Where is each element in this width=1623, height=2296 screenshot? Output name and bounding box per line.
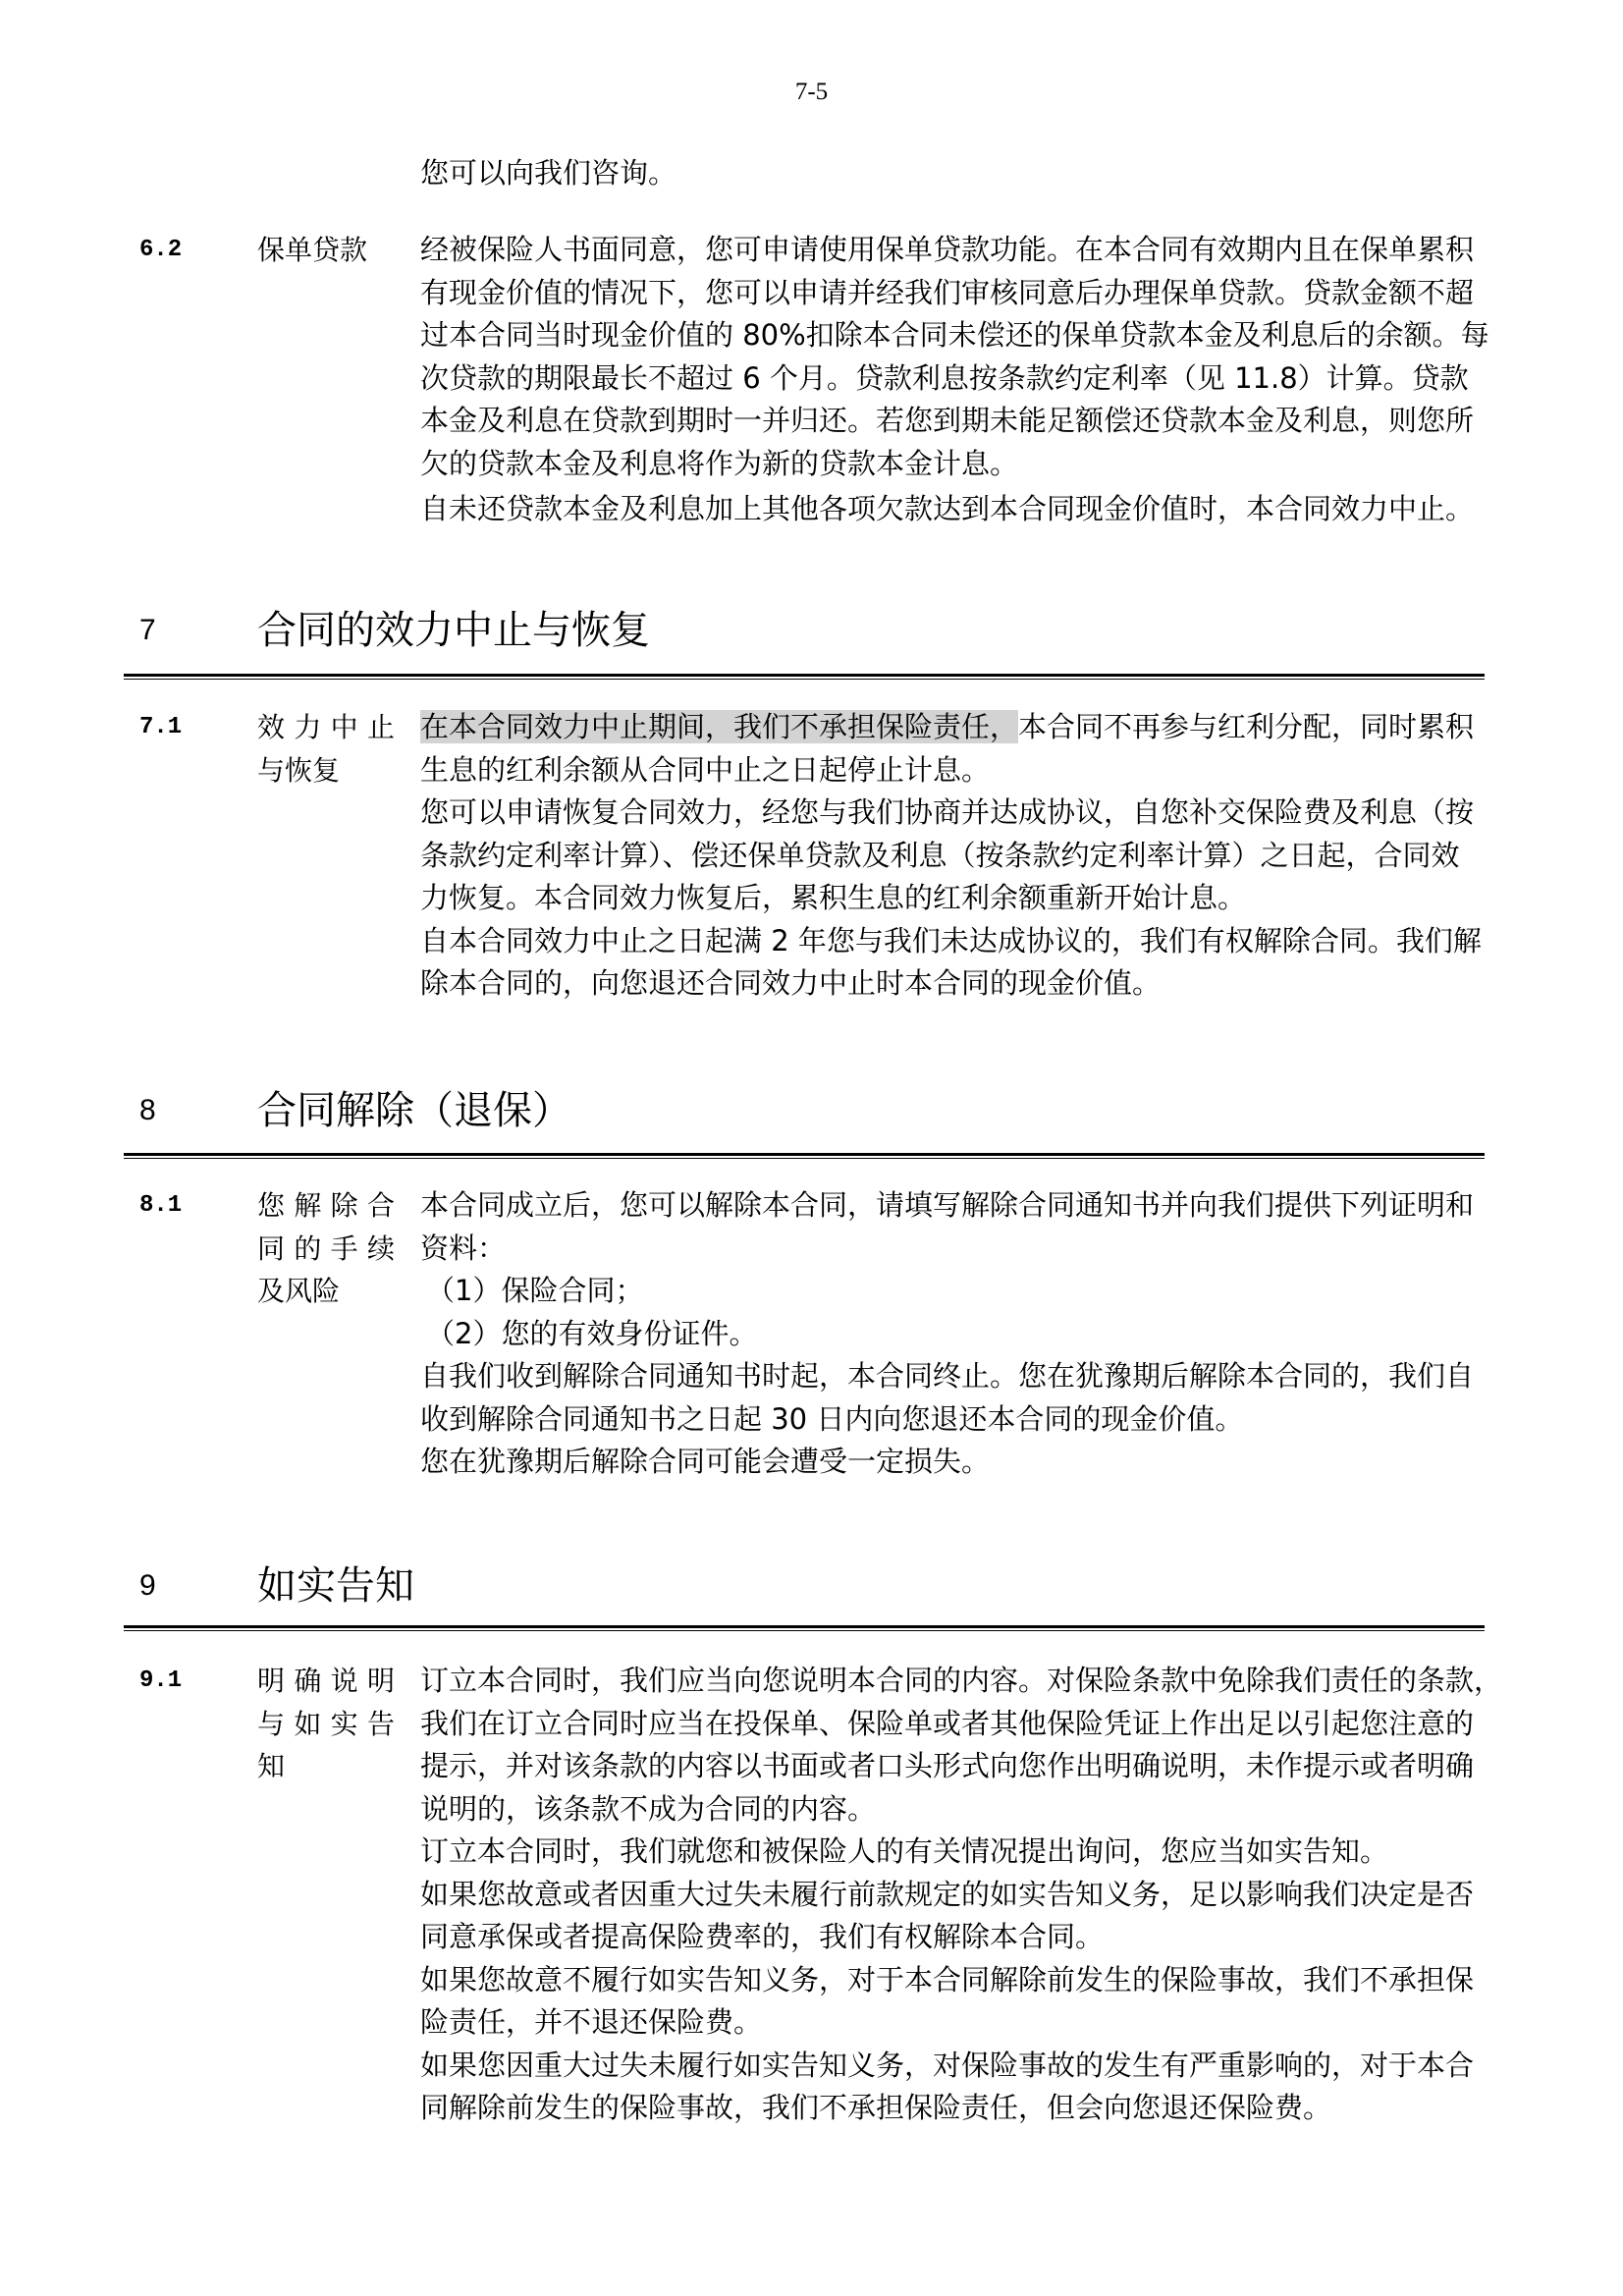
body-line: 除本合同的，向您退还合同效力中止时本合同的现金价值。: [420, 962, 1476, 1006]
section-number: 9: [139, 1561, 156, 1611]
clause-label-line: 明确说明: [257, 1660, 395, 1703]
body-line: 力恢复。本合同效力恢复后，累积生息的红利余额重新开始计息。: [420, 877, 1476, 920]
list-item: （2）您的有效身份证件。: [420, 1313, 1476, 1356]
body-line: 同意承保或者提高保险费率的，我们有权解除本合同。: [420, 1916, 1476, 1959]
section-divider: [124, 1153, 1485, 1156]
clause-label-line: 与如实告: [257, 1703, 395, 1746]
highlighted-text[interactable]: 在本合同效力中止期间，我们不承担保险责任，: [420, 710, 1018, 743]
body-line: 订立本合同时，我们就您和被保险人的有关情况提出询问，您应当如实告知。: [420, 1831, 1476, 1874]
body-line: 您可以申请恢复合同效力，经您与我们协商并达成协议，自您补交保险费及利息（按: [420, 792, 1476, 835]
section-number: 8: [139, 1086, 156, 1135]
section-divider: [124, 674, 1485, 677]
clause-body: 在本合同效力中止期间，我们不承担保险责任，本合同不再参与红利分配，同时累积 生息…: [420, 706, 1476, 1006]
body-line: 资料：: [420, 1228, 1476, 1271]
body-line: 本金及利息在贷款到期时一并归还。若您到期未能足额偿还贷款本金及利息，则您所: [420, 400, 1476, 443]
body-line: 收到解除合同通知书之日起 30 日内向您退还本合同的现金价值。: [420, 1398, 1476, 1442]
section-number: 7: [139, 606, 156, 655]
body-line: 同解除前发生的保险事故，我们不承担保险责任，但会向您退还保险费。: [420, 2087, 1476, 2130]
clause-label-line: 知: [257, 1745, 395, 1788]
clause-body: 您可以向我们咨询。: [420, 152, 1476, 195]
body-line: 生息的红利余额从合同中止之日起停止计息。: [420, 749, 1476, 793]
body-line: 自本合同效力中止之日起满 2 年您与我们未达成协议的，我们有权解除合同。我们解: [420, 920, 1476, 963]
clause-label-line: 同的手续: [257, 1228, 395, 1271]
body-line: 如果您故意不履行如实告知义务，对于本合同解除前发生的保险事故，我们不承担保: [420, 1959, 1476, 2002]
body-line: 欠的贷款本金及利息将作为新的贷款本金计息。: [420, 443, 1476, 486]
clause-body: 本合同成立后，您可以解除本合同，请填写解除合同通知书并向我们提供下列证明和 资料…: [420, 1184, 1476, 1484]
clause-label: 明确说明 与如实告 知: [257, 1660, 395, 1788]
clause-number: 8.1: [139, 1184, 182, 1228]
page-number: 7-5: [0, 79, 1623, 106]
body-line: 说明的，该条款不成为合同的内容。: [420, 1788, 1476, 1831]
body-line: 如果您因重大过失未履行如实告知义务，对保险事故的发生有严重影响的，对于本合: [420, 2045, 1476, 2088]
section-title: 如实告知: [257, 1561, 414, 1611]
body-line: 过本合同当时现金价值的 80%扣除本合同未偿还的保单贷款本金及利息后的余额。每: [420, 314, 1476, 357]
clause-label-line: 您解除合: [257, 1184, 395, 1228]
section-title: 合同解除（退保）: [257, 1086, 571, 1135]
body-line: 提示，并对该条款的内容以书面或者口头形式向您作出明确说明，未作提示或者明确: [420, 1745, 1476, 1788]
body-text: 本合同不再参与红利分配，同时累积: [1018, 710, 1474, 743]
clause-label: 效力中止 与恢复: [257, 706, 395, 792]
body-line: 您在犹豫期后解除合同可能会遭受一定损失。: [420, 1441, 1476, 1484]
body-line: 有现金价值的情况下，您可以申请并经我们审核同意后办理保单贷款。贷款金额不超: [420, 272, 1476, 315]
clause-number: 9.1: [139, 1660, 182, 1703]
body-line: 条款约定利率计算）、偿还保单贷款及利息（按条款约定利率计算）之日起，合同效: [420, 835, 1476, 878]
clause-label-line: 效力中止: [257, 706, 395, 749]
body-line: 您可以向我们咨询。: [420, 152, 1476, 195]
body-line: 自未还贷款本金及利息加上其他各项欠款达到本合同现金价值时，本合同效力中止。: [420, 488, 1476, 531]
body-line: 如果您故意或者因重大过失未履行前款规定的如实告知义务，足以影响我们决定是否: [420, 1874, 1476, 1917]
body-line: 自我们收到解除合同通知书时起，本合同终止。您在犹豫期后解除本合同的，我们自: [420, 1355, 1476, 1398]
body-line: 订立本合同时，我们应当向您说明本合同的内容。对保险条款中免除我们责任的条款，: [420, 1660, 1476, 1703]
section-title: 合同的效力中止与恢复: [257, 606, 650, 655]
clause-label: 保单贷款: [257, 229, 395, 272]
clause-number: 6.2: [139, 229, 182, 272]
body-line: 我们在订立合同时应当在投保单、保险单或者其他保险凭证上作出足以引起您注意的: [420, 1703, 1476, 1746]
body-line: 本合同成立后，您可以解除本合同，请填写解除合同通知书并向我们提供下列证明和: [420, 1184, 1476, 1228]
body-line: 险责任，并不退还保险费。: [420, 2001, 1476, 2045]
section-divider: [124, 1625, 1485, 1628]
clause-body: 订立本合同时，我们应当向您说明本合同的内容。对保险条款中免除我们责任的条款， 我…: [420, 1660, 1476, 2130]
clause-body: 经被保险人书面同意，您可申请使用保单贷款功能。在本合同有效期内且在保单累积 有现…: [420, 229, 1476, 531]
body-line: 在本合同效力中止期间，我们不承担保险责任，本合同不再参与红利分配，同时累积: [420, 706, 1476, 749]
body-line: 经被保险人书面同意，您可申请使用保单贷款功能。在本合同有效期内且在保单累积: [420, 229, 1476, 272]
clause-label-line: 及风险: [257, 1270, 395, 1313]
clause-label-line: 保单贷款: [257, 229, 395, 272]
body-line: 次贷款的期限最长不超过 6 个月。贷款利息按条款约定利率（见 11.8）计算。贷…: [420, 357, 1476, 401]
clause-label-line: 与恢复: [257, 749, 395, 793]
clause-label: 您解除合 同的手续 及风险: [257, 1184, 395, 1313]
clause-number: 7.1: [139, 706, 182, 749]
list-item: （1）保险合同；: [420, 1270, 1476, 1313]
